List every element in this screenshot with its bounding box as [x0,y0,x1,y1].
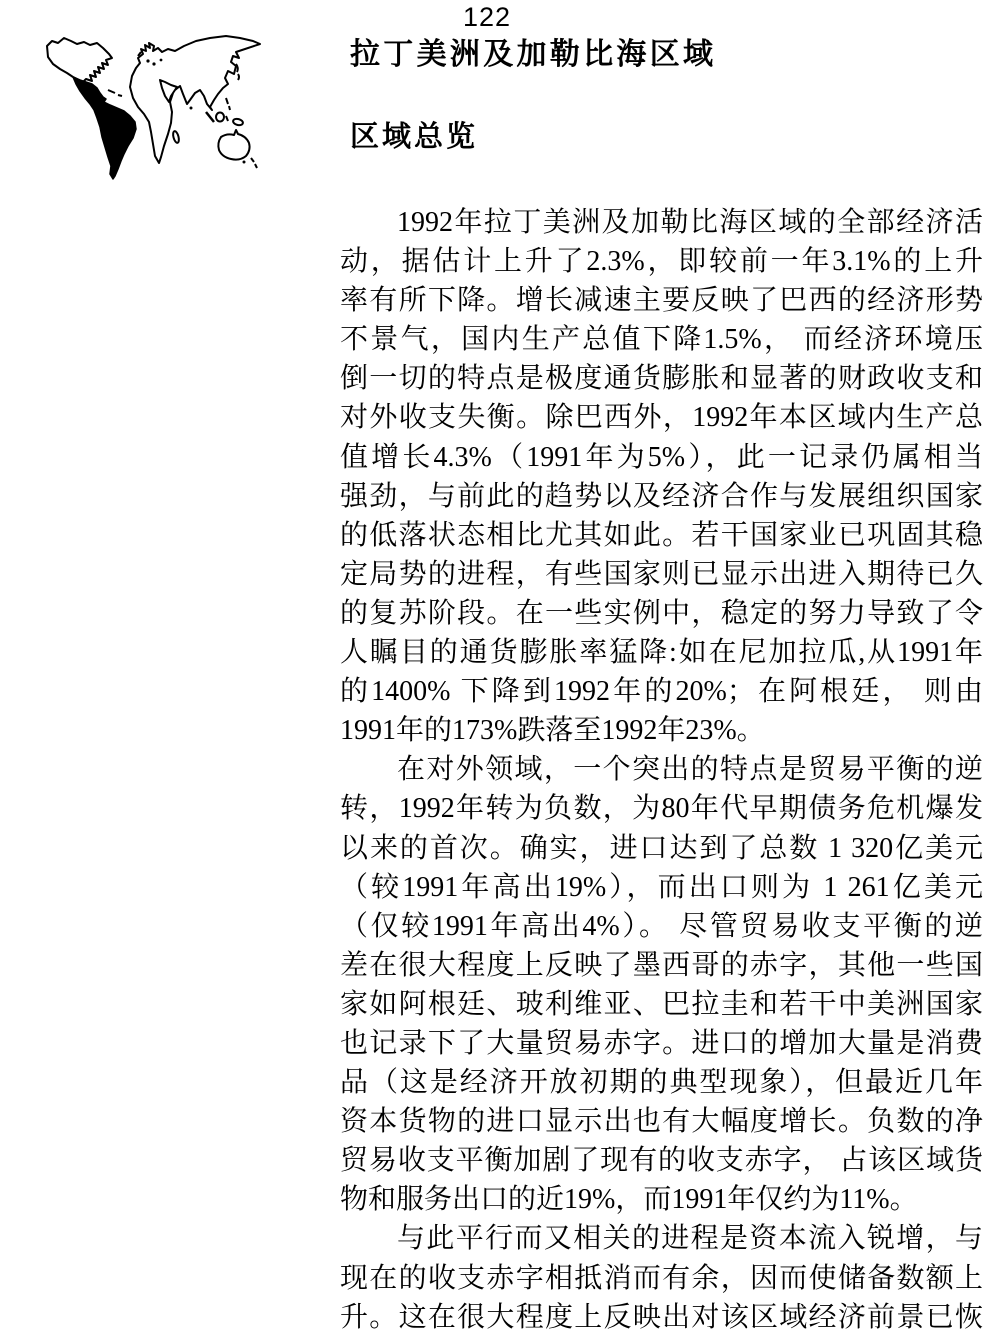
body-line: 与此平行而又相关的进程是资本流入锐增，与 [340,1219,983,1258]
australia-outline [218,130,249,160]
body-line: 人瞩目的通货膨胀率猛降:如在尼加拉瓜,从1991年 [340,633,983,672]
body-line: 升。这在很大程度上反映出对该区域经济前景已恢 [340,1298,983,1334]
body-line: 差在很大程度上反映了墨西哥的赤字，其他一些国 [340,946,983,985]
body-line: 转，1992年转为负数，为80年代早期债务危机爆发 [340,789,983,828]
document-page: 122 [0,0,1000,1334]
region-title: 拉丁美洲及加勒比海区域 [350,33,716,77]
body-line: 值增长4.3%（1991年为5%），此一记录仍属相当 [340,438,983,477]
body-line: 倒一切的特点是极度通货膨胀和显著的财政收支和 [340,359,983,398]
borneo-island [216,113,224,122]
body-line: 1991年的173%跌落至1992年23%。 [340,711,983,750]
body-line: （较1991年高出19%），而出口则为 1 261亿美元 [340,868,983,907]
section-title: 区域总览 [350,116,478,158]
body-line: 现在的收支赤字相抵消而有余，因而使储备数额上 [340,1259,983,1298]
sumatra-island [206,112,214,122]
philippines-islands [226,98,230,110]
sulawesi-island [226,116,228,121]
page-number: 122 [462,1,512,33]
sri-lanka-island [190,107,193,110]
body-line: 以来的首次。确实，进口达到了总数 1 320亿美元 [340,829,983,868]
body-line: 也记录下了大量贸易赤字。进口的增加大量是消费 [340,1024,983,1063]
body-line: 的复苏阶段。在一些实例中，稳定的努力导致了令 [340,594,983,633]
latin-america-highlight [73,77,136,179]
caspian-sea-mark [160,59,163,62]
north-america-outline [47,38,112,83]
body-line: 品（这是经济开放初期的典型现象），但最近几年 [340,1063,983,1102]
body-line: （仅较1991年高出4%）。 尽管贸易收支平衡的逆 [340,907,983,946]
body-line: 强劲，与前此的趋势以及经济合作与发展组织国家 [340,477,983,516]
japan-islands [236,64,239,80]
body-line: 贸易收支平衡加剧了现有的收支赤字， 占该区域货 [340,1141,983,1180]
body-line: 的1400% 下降到1992年的20%；在阿根廷， 则由 [340,672,983,711]
body-line: 定局势的进程，有些国家则已显示出进入期待已久 [340,555,983,594]
body-line: 在对外领域，一个突出的特点是贸易平衡的逆 [340,750,983,789]
body-line: 动，据估计上升了2.3%，即较前一年3.1%的上升 [340,242,983,281]
body-line: 率有所下降。增长减速主要反映了巴西的经济形势 [340,281,983,320]
black-sea-mark [152,62,155,65]
new-zealand-islands [251,158,257,168]
madagascar-island [172,131,180,144]
tasmania-island [243,161,246,164]
body-line: 1992年拉丁美洲及加勒比海区域的全部经济活 [340,203,983,242]
body-text: 1992年拉丁美洲及加勒比海区域的全部经济活动，据估计上升了2.3%，即较前一年… [340,203,983,1334]
caribbean-islands [108,90,122,96]
body-line: 对外收支失衡。除巴西外，1992年本区域内生产总 [340,398,983,437]
body-line: 不景气，国内生产总值下降1.5%， 而经济环境压 [340,320,983,359]
world-map [40,30,274,188]
body-line: 物和服务出口的近19%，而1991年仅约为11%。 [340,1180,983,1219]
world-map-graphic [40,30,274,188]
body-line: 资本货物的进口显示出也有大幅度增长。负数的净 [340,1102,983,1141]
new-guinea-island [232,118,243,126]
mediterranean-sea-mark [146,59,149,62]
body-line: 的低落状态相比尤其如此。若干国家业已巩固其稳 [340,516,983,555]
body-line: 家如阿根廷、玻利维亚、巴拉圭和若干中美洲国家 [340,985,983,1024]
